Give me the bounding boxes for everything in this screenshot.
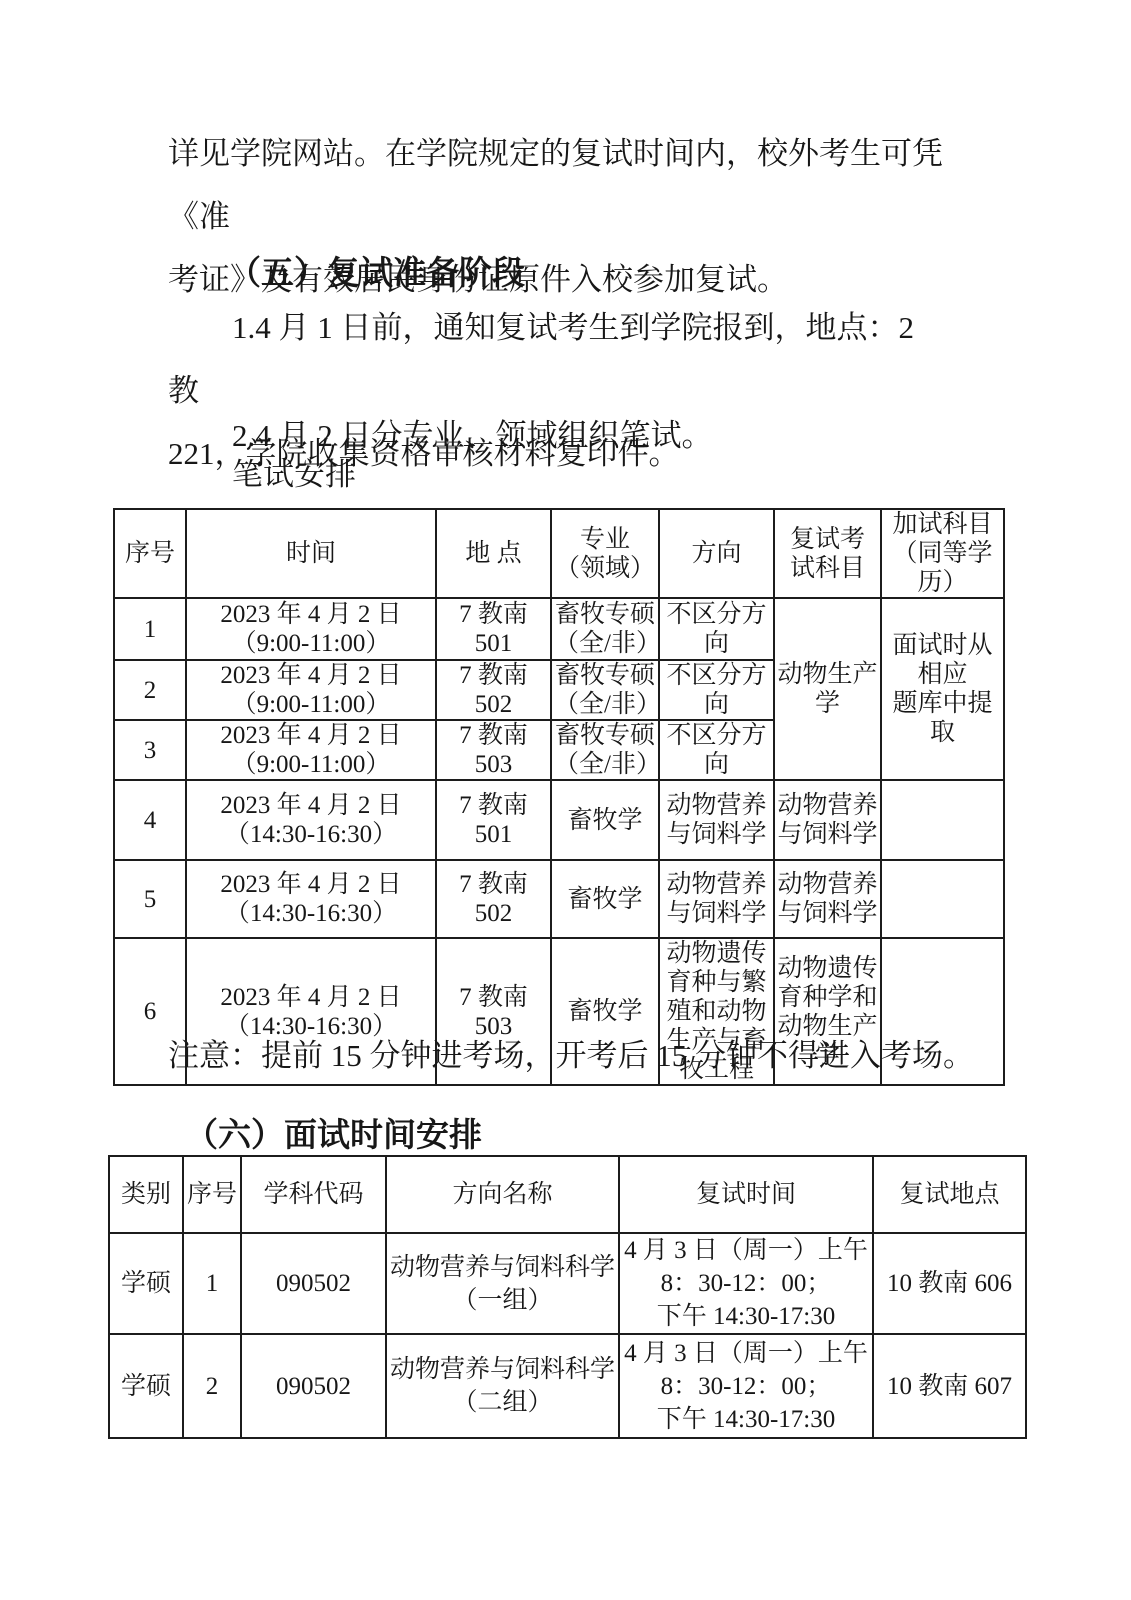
table-cell: 2023 年 4 月 2 日 （9:00-11:00）	[186, 598, 436, 660]
table-cell: 090502	[241, 1233, 386, 1334]
table-cell: 动物营养 与饲料学	[774, 780, 881, 860]
interview-table: 类别 序号 学科代码 方向名称 复试时间 复试地点 学硕 1 090502 动物…	[108, 1155, 1027, 1439]
table-cell: 7 教南 501	[436, 598, 551, 660]
col-header-time: 时间	[186, 509, 436, 598]
table-cell: 畜牧学	[551, 860, 659, 938]
table-cell: 2	[114, 660, 186, 720]
table-cell: 动物营养 与饲料学	[659, 780, 774, 860]
table-cell: 学硕	[109, 1233, 183, 1334]
col-header-index: 序号	[183, 1156, 241, 1233]
table-cell: 不区分方 向	[659, 720, 774, 780]
col-header-retest-subject: 复试考 试科目	[774, 509, 881, 598]
table-cell: 7 教南 503	[436, 720, 551, 780]
table-cell: 畜牧专硕 （全/非）	[551, 660, 659, 720]
col-header-direction: 方向	[659, 509, 774, 598]
table-cell: 10 教南 607	[873, 1334, 1026, 1438]
table-cell: 2	[183, 1334, 241, 1438]
table-row: 1 2023 年 4 月 2 日 （9:00-11:00） 7 教南 501 畜…	[114, 598, 1004, 660]
table-cell: 2023 年 4 月 2 日 （14:30-16:30）	[186, 780, 436, 860]
col-header-location: 地 点	[436, 509, 551, 598]
table-cell: 7 教南 502	[436, 860, 551, 938]
col-header-retest-location: 复试地点	[873, 1156, 1026, 1233]
table-cell: 动物营养 与饲料学	[774, 860, 881, 938]
table-row: 学硕 2 090502 动物营养与饲料科学 （二组） 4 月 3 日（周一）上午…	[109, 1334, 1026, 1438]
table-cell: 2023 年 4 月 2 日 （9:00-11:00）	[186, 720, 436, 780]
table-header-row: 序号 时间 地 点 专业 （领域） 方向 复试考 试科目 加试科目 （同等学历）	[114, 509, 1004, 598]
table-cell: 畜牧专硕 （全/非）	[551, 720, 659, 780]
table-cell: 5	[114, 860, 186, 938]
table-cell-empty	[881, 860, 1004, 938]
table-cell: 10 教南 606	[873, 1233, 1026, 1334]
table-row: 5 2023 年 4 月 2 日 （14:30-16:30） 7 教南 502 …	[114, 860, 1004, 938]
table-cell: 4 月 3 日（周一）上午 8：30-12：00； 下午 14:30-17:30	[619, 1334, 873, 1438]
table-row: 4 2023 年 4 月 2 日 （14:30-16:30） 7 教南 501 …	[114, 780, 1004, 860]
table-cell-empty	[881, 780, 1004, 860]
table-cell: 畜牧专硕 （全/非）	[551, 598, 659, 660]
table-cell: 不区分方 向	[659, 660, 774, 720]
col-header-direction-name: 方向名称	[386, 1156, 619, 1233]
written-test-caption: 笔试安排	[232, 455, 356, 495]
table-cell: 1	[183, 1233, 241, 1334]
table-cell: 7 教南 501	[436, 780, 551, 860]
heading-section-5: （五）复试准备阶段	[228, 250, 525, 295]
table-cell: 1	[114, 598, 186, 660]
table-cell: 2023 年 4 月 2 日 （14:30-16:30）	[186, 860, 436, 938]
col-header-additional-subject: 加试科目 （同等学历）	[881, 509, 1004, 598]
table-cell-merged-retest-subject: 动物生产 学	[774, 598, 881, 780]
col-header-major: 专业 （领域）	[551, 509, 659, 598]
written-test-table: 序号 时间 地 点 专业 （领域） 方向 复试考 试科目 加试科目 （同等学历）…	[113, 508, 1005, 1086]
table-cell-merged-additional-subject: 面试时从相应 题库中提取	[881, 598, 1004, 780]
col-header-index: 序号	[114, 509, 186, 598]
col-header-category: 类别	[109, 1156, 183, 1233]
table-cell: 动物营养与饲料科学 （一组）	[386, 1233, 619, 1334]
table-cell: 动物营养 与饲料学	[659, 860, 774, 938]
table-cell: 2023 年 4 月 2 日 （9:00-11:00）	[186, 660, 436, 720]
note-text: 注意：提前 15 分钟进考场，开考后 15 分钟不得进入考场。	[168, 1024, 1028, 1087]
heading-section-6: （六）面试时间安排	[185, 1112, 482, 1157]
table-cell: 4	[114, 780, 186, 860]
table-cell: 不区分方 向	[659, 598, 774, 660]
table-cell: 动物营养与饲料科学 （二组）	[386, 1334, 619, 1438]
table-cell: 3	[114, 720, 186, 780]
table-cell: 4 月 3 日（周一）上午 8：30-12：00； 下午 14:30-17:30	[619, 1233, 873, 1334]
col-header-retest-time: 复试时间	[619, 1156, 873, 1233]
col-header-subject-code: 学科代码	[241, 1156, 386, 1233]
table-cell: 090502	[241, 1334, 386, 1438]
document-page: 详见学院网站。在学院规定的复试时间内，校外考生可凭《准 考证》及有效居民身份证原…	[0, 0, 1131, 1600]
table-header-row: 类别 序号 学科代码 方向名称 复试时间 复试地点	[109, 1156, 1026, 1233]
table-row: 学硕 1 090502 动物营养与饲料科学 （一组） 4 月 3 日（周一）上午…	[109, 1233, 1026, 1334]
table-cell: 7 教南 502	[436, 660, 551, 720]
table-cell: 畜牧学	[551, 780, 659, 860]
table-cell: 学硕	[109, 1334, 183, 1438]
